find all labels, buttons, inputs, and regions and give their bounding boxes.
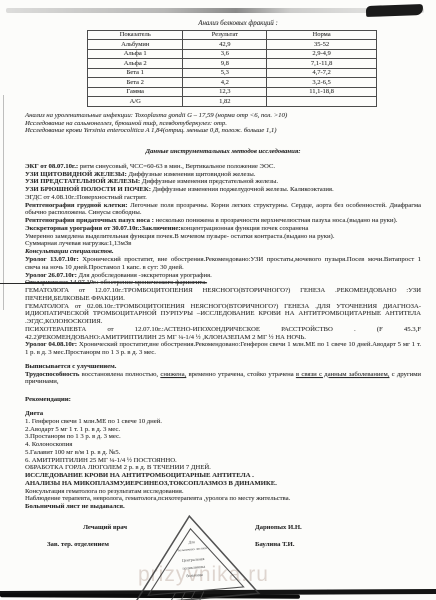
signature-role: Зав. тер. отделением: [47, 541, 213, 549]
table-row: Гамма 12,3 11,1-18,8: [88, 87, 377, 97]
report-line: Рентгенография придаточных пазух носа : …: [25, 217, 421, 225]
column-header: Результат: [183, 30, 267, 40]
scan-artifact-left-line: [3, 95, 4, 310]
stamp-text: Центральная: [182, 556, 205, 563]
recommendation-item: ОБРАБОТКА ГОРЛА ЛЮГОЛЕМ 2 р. в д. В ТЕЧЕ…: [25, 464, 421, 472]
triangular-stamp: Для больничных листков Центральная полик…: [122, 508, 263, 600]
document-body: Анализ белковых фракций : Показатель Рез…: [25, 20, 421, 549]
result-cell: 12,3: [183, 87, 267, 97]
report-line: Уролог 04.08.10г: Хронический простатит,…: [25, 341, 421, 357]
diet-item: 3.Простанорм по 1 3 р. в д. 3 мес.: [25, 433, 421, 441]
serology-section: Анализ на урогенитальные инфекции: Toxop…: [25, 112, 421, 135]
result-cell: 42,9: [183, 40, 267, 50]
result-cell: 9,8: [183, 59, 267, 69]
report-line: Рентгенография грудной клетки: Легочные …: [25, 202, 421, 218]
table-row: A/G 1,82: [88, 97, 377, 107]
sick-leave-note: Больничный лист не выдавался.: [25, 503, 421, 511]
protein-fractions-table: Показатель Результат Норма Альбумин 42,9…: [87, 30, 377, 107]
signature-name: Дарнопых И.Н.: [255, 524, 302, 532]
scan-artifact-top-blob: [366, 4, 423, 17]
norm-cell: [267, 97, 377, 107]
table-row: Альфа 2 9,8 7,1-11,8: [88, 59, 377, 69]
serology-line: Исследование крови Yersinia enterocoliti…: [25, 127, 421, 135]
report-line: ГЕМАТОЛОГА от 12.07.10г.:ТРОМБОЦИТОПЕНИЯ…: [25, 287, 421, 303]
report-line: ЭКГ от 08.07.10г.: ритм синусовый, ЧСС=6…: [25, 163, 421, 171]
discharge-status: Выписывается с улучшением.: [25, 363, 421, 371]
stamp-text: поликлиника: [182, 564, 205, 571]
report-line: ЭГДС от 4.08.10г.:Поверхностный гастрит.: [25, 194, 421, 202]
indicator-cell: Гамма: [88, 87, 183, 97]
table-row: Альфа 1 3,6 2,9-4,9: [88, 49, 377, 59]
table-row: Альбумин 42,9 35-52: [88, 40, 377, 50]
result-cell: 5,3: [183, 68, 267, 78]
result-cell: 4,2: [183, 78, 267, 88]
signature-role: Лечащий врач: [83, 524, 213, 532]
norm-cell: 7,1-11,8: [267, 59, 377, 69]
instrumental-section-heading: Данные инструментальных методов исследов…: [25, 148, 421, 156]
report-line: УЗИ БРЮШНОЙ ПОЛОСТИ И ПОЧЕК: Диффузные и…: [25, 186, 421, 194]
table-row: Бета 1 5,3 4,7-7,2: [88, 68, 377, 78]
report-line: Экскреторная урография от 30.07.10г.:Зак…: [25, 225, 421, 233]
table-row: Бета 2 4,2 3,2-6,5: [88, 78, 377, 88]
scanned-document-page: Анализ белковых фракций : Показатель Рез…: [0, 0, 436, 600]
report-line: ПСИХОТЕРАПЕВТА от 12.07.10г.:АСТЕНО-ИПОХ…: [25, 326, 421, 342]
report-line: Умеренно замедлена выделительная функция…: [25, 233, 421, 241]
result-cell: 3,6: [183, 49, 267, 59]
serology-line: Анализ на урогенитальные инфекции: Toxop…: [25, 112, 421, 120]
signature-row: Зав. тер. отделением Баулина Т.И.: [25, 541, 421, 549]
indicator-cell: Бета 2: [88, 78, 183, 88]
norm-cell: 2,9-4,9: [267, 49, 377, 59]
norm-cell: 4,7-7,2: [267, 68, 377, 78]
signature-row: Лечащий врач Дарнопых И.Н.: [25, 524, 421, 532]
report-line: Уролог 13.07.10г: Хронический простатит,…: [25, 256, 421, 272]
indicator-cell: Альбумин: [88, 40, 183, 50]
diet-item: 1. Генферон свечи 1 млн.МЕ по 1 свече 10…: [25, 418, 421, 426]
column-header: Показатель: [88, 30, 183, 40]
report-line: ГЕМАТОЛОГА от 02.08.10г.:ТРОМБОЦИТОПЕНИЯ…: [25, 303, 421, 326]
report-line-struck-out: Отоларинголог 14.07.10г.: обострение хро…: [25, 279, 421, 287]
work-capacity-line: Трудоспособность восстановлена полностью…: [25, 371, 421, 387]
diet-item: 4. Колоноскопия: [25, 441, 421, 449]
result-cell: 1,82: [183, 97, 267, 107]
column-header: Норма: [267, 30, 377, 40]
indicator-cell: A/G: [88, 97, 183, 107]
diet-item: 2.Аводарт 5 мг 1 т. 1 р. в д. 3 мес.: [25, 426, 421, 434]
indicator-cell: Альфа 2: [88, 59, 183, 69]
report-line: УЗИ ПРЕДСТАТЕЛЬНОЙ ЖЕЛЕЗЫ: Диффузные изм…: [25, 178, 421, 186]
diet-title: Диета: [25, 410, 421, 418]
scan-artifact-top-band: [6, 8, 424, 13]
protein-table-title: Анализ белковых фракций :: [55, 20, 421, 28]
recommendation-item: АНАЛИЗЫ НА МИКОПЛАЗМУ,ИЕРСИНЕОЗ,ТОКСОПЛА…: [25, 480, 421, 488]
report-line: Суммарная лучевая нагрузка:1,13мЗв: [25, 240, 421, 248]
stamp-text: больница: [186, 572, 203, 578]
recommendation-item: ИССЛЕДОВАНИЕ КРОВИ НА АНТИТРОМБОЦИТАРНЫЕ…: [25, 472, 421, 480]
indicator-cell: Бета 1: [88, 68, 183, 78]
norm-cell: 3,2-6,5: [267, 78, 377, 88]
recommendations-heading: Рекомендации:: [25, 396, 421, 404]
signature-name: Баулина Т.И.: [255, 541, 294, 549]
norm-cell: 11,1-18,8: [267, 87, 377, 97]
norm-cell: 35-52: [267, 40, 377, 50]
signature-block: Лечащий врач Дарнопых И.Н. Зав. тер. отд…: [25, 524, 421, 549]
indicator-cell: Альфа 1: [88, 49, 183, 59]
table-header-row: Показатель Результат Норма: [88, 30, 377, 40]
consultations-heading: Консультации специалистов.: [25, 248, 421, 256]
diet-item: 5.Галавит 100 мг в/м 1 р. в д. №5.: [25, 449, 421, 457]
